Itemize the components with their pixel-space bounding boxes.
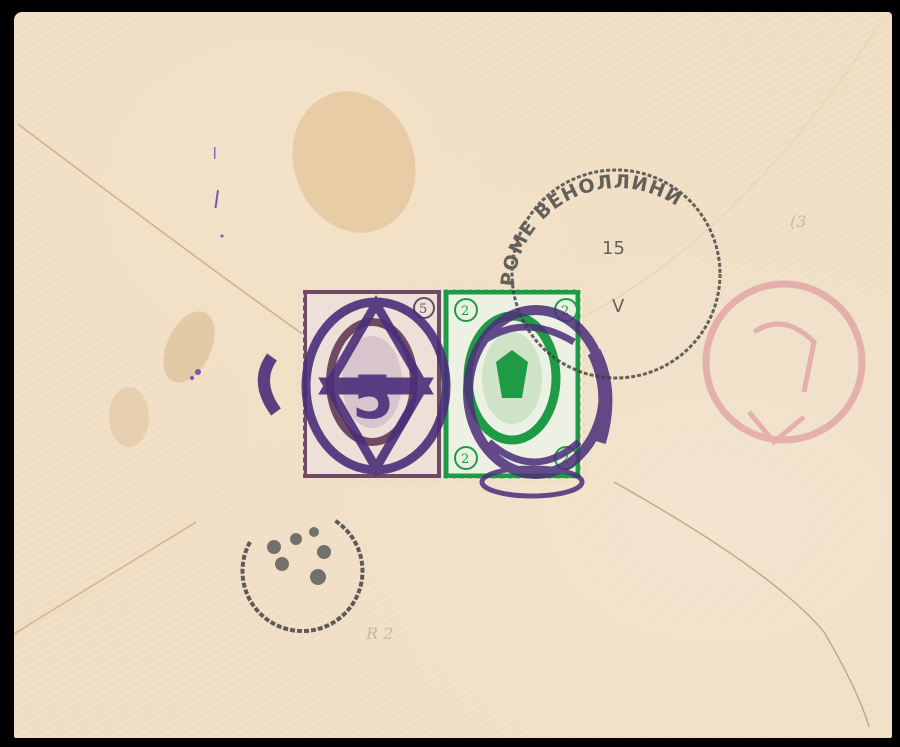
postmarks: РОМЕ ВЕНОЛЛИНИ 15 V [14,12,892,738]
small-postmark [242,520,362,631]
svg-text:V: V [612,296,625,317]
svg-text:РОМЕ ВЕНОЛЛИНИ: РОМЕ ВЕНОЛЛИНИ [497,171,686,288]
envelope-back: 5 2 2 2 2 5 [14,12,892,738]
svg-text:15: 15 [602,238,625,259]
pencil-note: (3 [790,212,806,231]
receiving-postmark: РОМЕ ВЕНОЛЛИНИ 15 V [497,170,720,378]
pencil-note: R 2 [366,624,393,643]
red-cachet [706,284,862,442]
